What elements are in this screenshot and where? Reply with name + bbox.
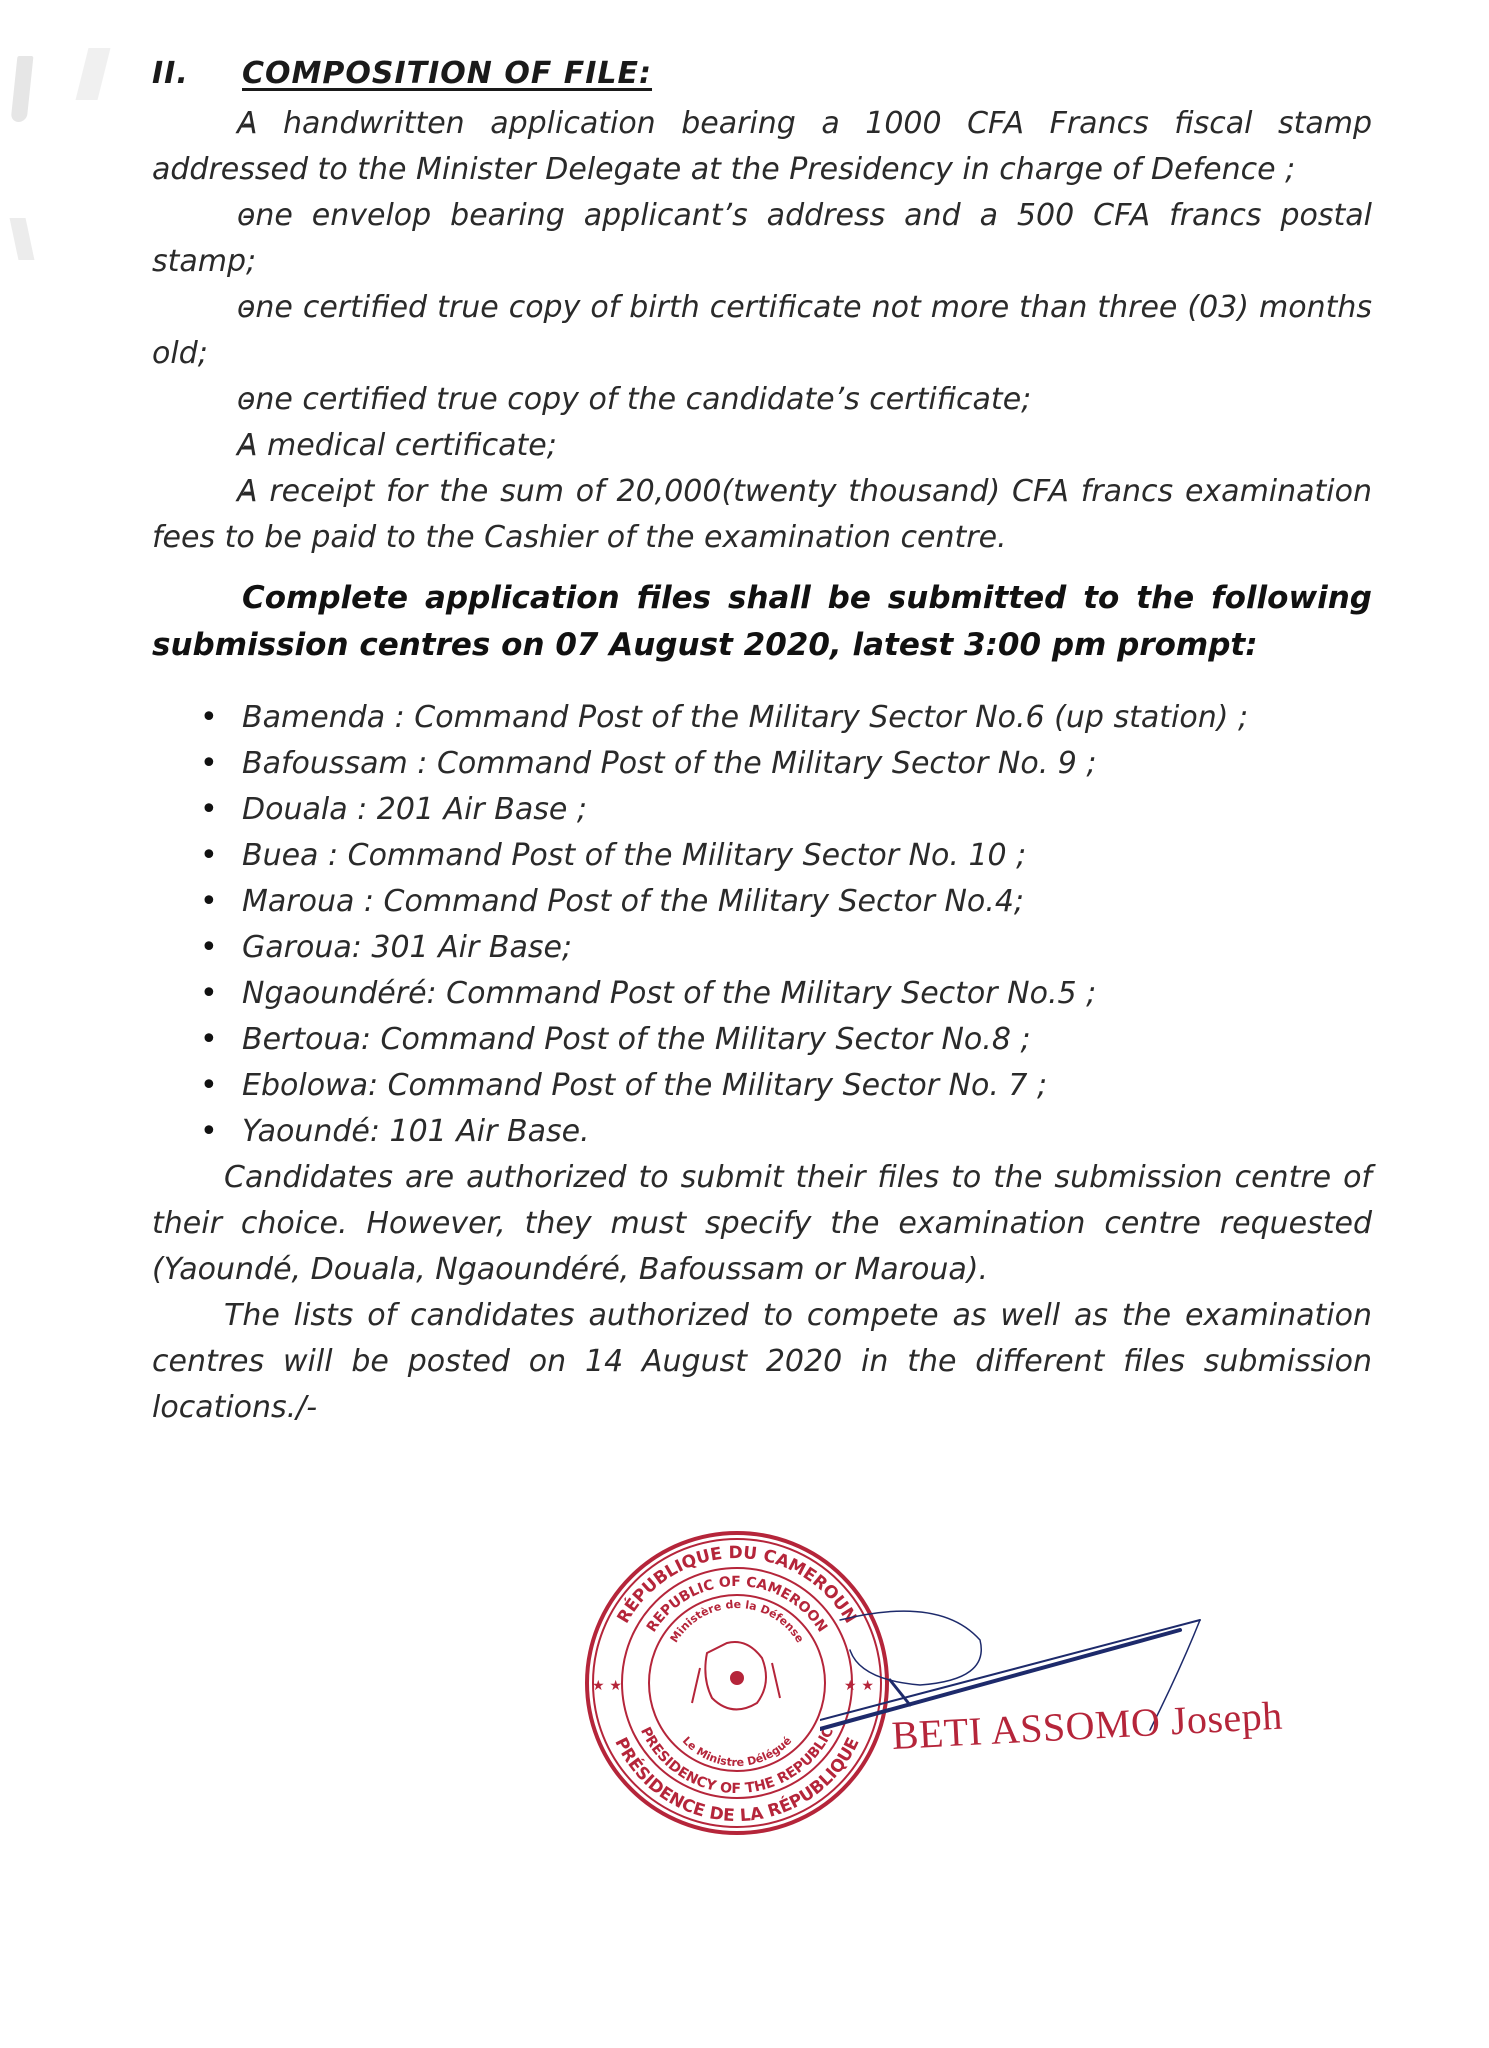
scan-artifact <box>11 56 34 122</box>
requirement-item: -one certified true copy of the candidat… <box>152 377 1372 423</box>
submission-notice: Complete application files shall be subm… <box>152 575 1372 669</box>
submission-centre-item: Buea : Command Post of the Military Sect… <box>152 833 1372 879</box>
submission-centre-item: Ngaoundéré: Command Post of the Military… <box>152 971 1372 1017</box>
submission-centre-item: Douala : 201 Air Base ; <box>152 787 1372 833</box>
submission-centre-item: Maroua : Command Post of the Military Se… <box>152 879 1372 925</box>
scan-artifact <box>10 218 35 260</box>
document-page: II.COMPOSITION OF FILE: -A handwritten a… <box>152 56 1372 1431</box>
submission-centre-item: Bertoua: Command Post of the Military Se… <box>152 1017 1372 1063</box>
scan-artifact <box>76 48 111 100</box>
submission-centre-item: Bamenda : Command Post of the Military S… <box>152 695 1372 741</box>
section-heading: II.COMPOSITION OF FILE: <box>152 56 1372 91</box>
choice-paragraph: Candidates are authorized to submit thei… <box>152 1155 1372 1293</box>
requirement-item: -one certified true copy of birth certif… <box>152 285 1372 377</box>
signature <box>820 1600 1240 1780</box>
stamp-ministry: Ministère de la Défense <box>668 1598 807 1645</box>
requirement-item: -A receipt for the sum of 20,000(twenty … <box>152 469 1372 561</box>
submission-centre-item: Garoua: 301 Air Base; <box>152 925 1372 971</box>
submission-centre-item: Yaoundé: 101 Air Base. <box>152 1109 1372 1155</box>
stamp-emblem-icon <box>692 1642 780 1709</box>
requirement-item: -A medical certificate; <box>152 423 1372 469</box>
requirement-item: -A handwritten application bearing a 100… <box>152 101 1372 193</box>
lists-paragraph: The lists of candidates authorized to co… <box>152 1293 1372 1431</box>
section-number: II. <box>152 56 242 91</box>
svg-text:★ ★: ★ ★ <box>592 1678 622 1694</box>
submission-centre-item: Ebolowa: Command Post of the Military Se… <box>152 1063 1372 1109</box>
requirements-list: -A handwritten application bearing a 100… <box>152 101 1372 561</box>
submission-centres-list: Bamenda : Command Post of the Military S… <box>152 695 1372 1155</box>
stamp-title: Le Ministre Délégué <box>680 1734 794 1769</box>
requirement-item: -one envelop bearing applicant’s address… <box>152 193 1372 285</box>
submission-centre-item: Bafoussam : Command Post of the Military… <box>152 741 1372 787</box>
section-title: COMPOSITION OF FILE: <box>242 56 652 91</box>
